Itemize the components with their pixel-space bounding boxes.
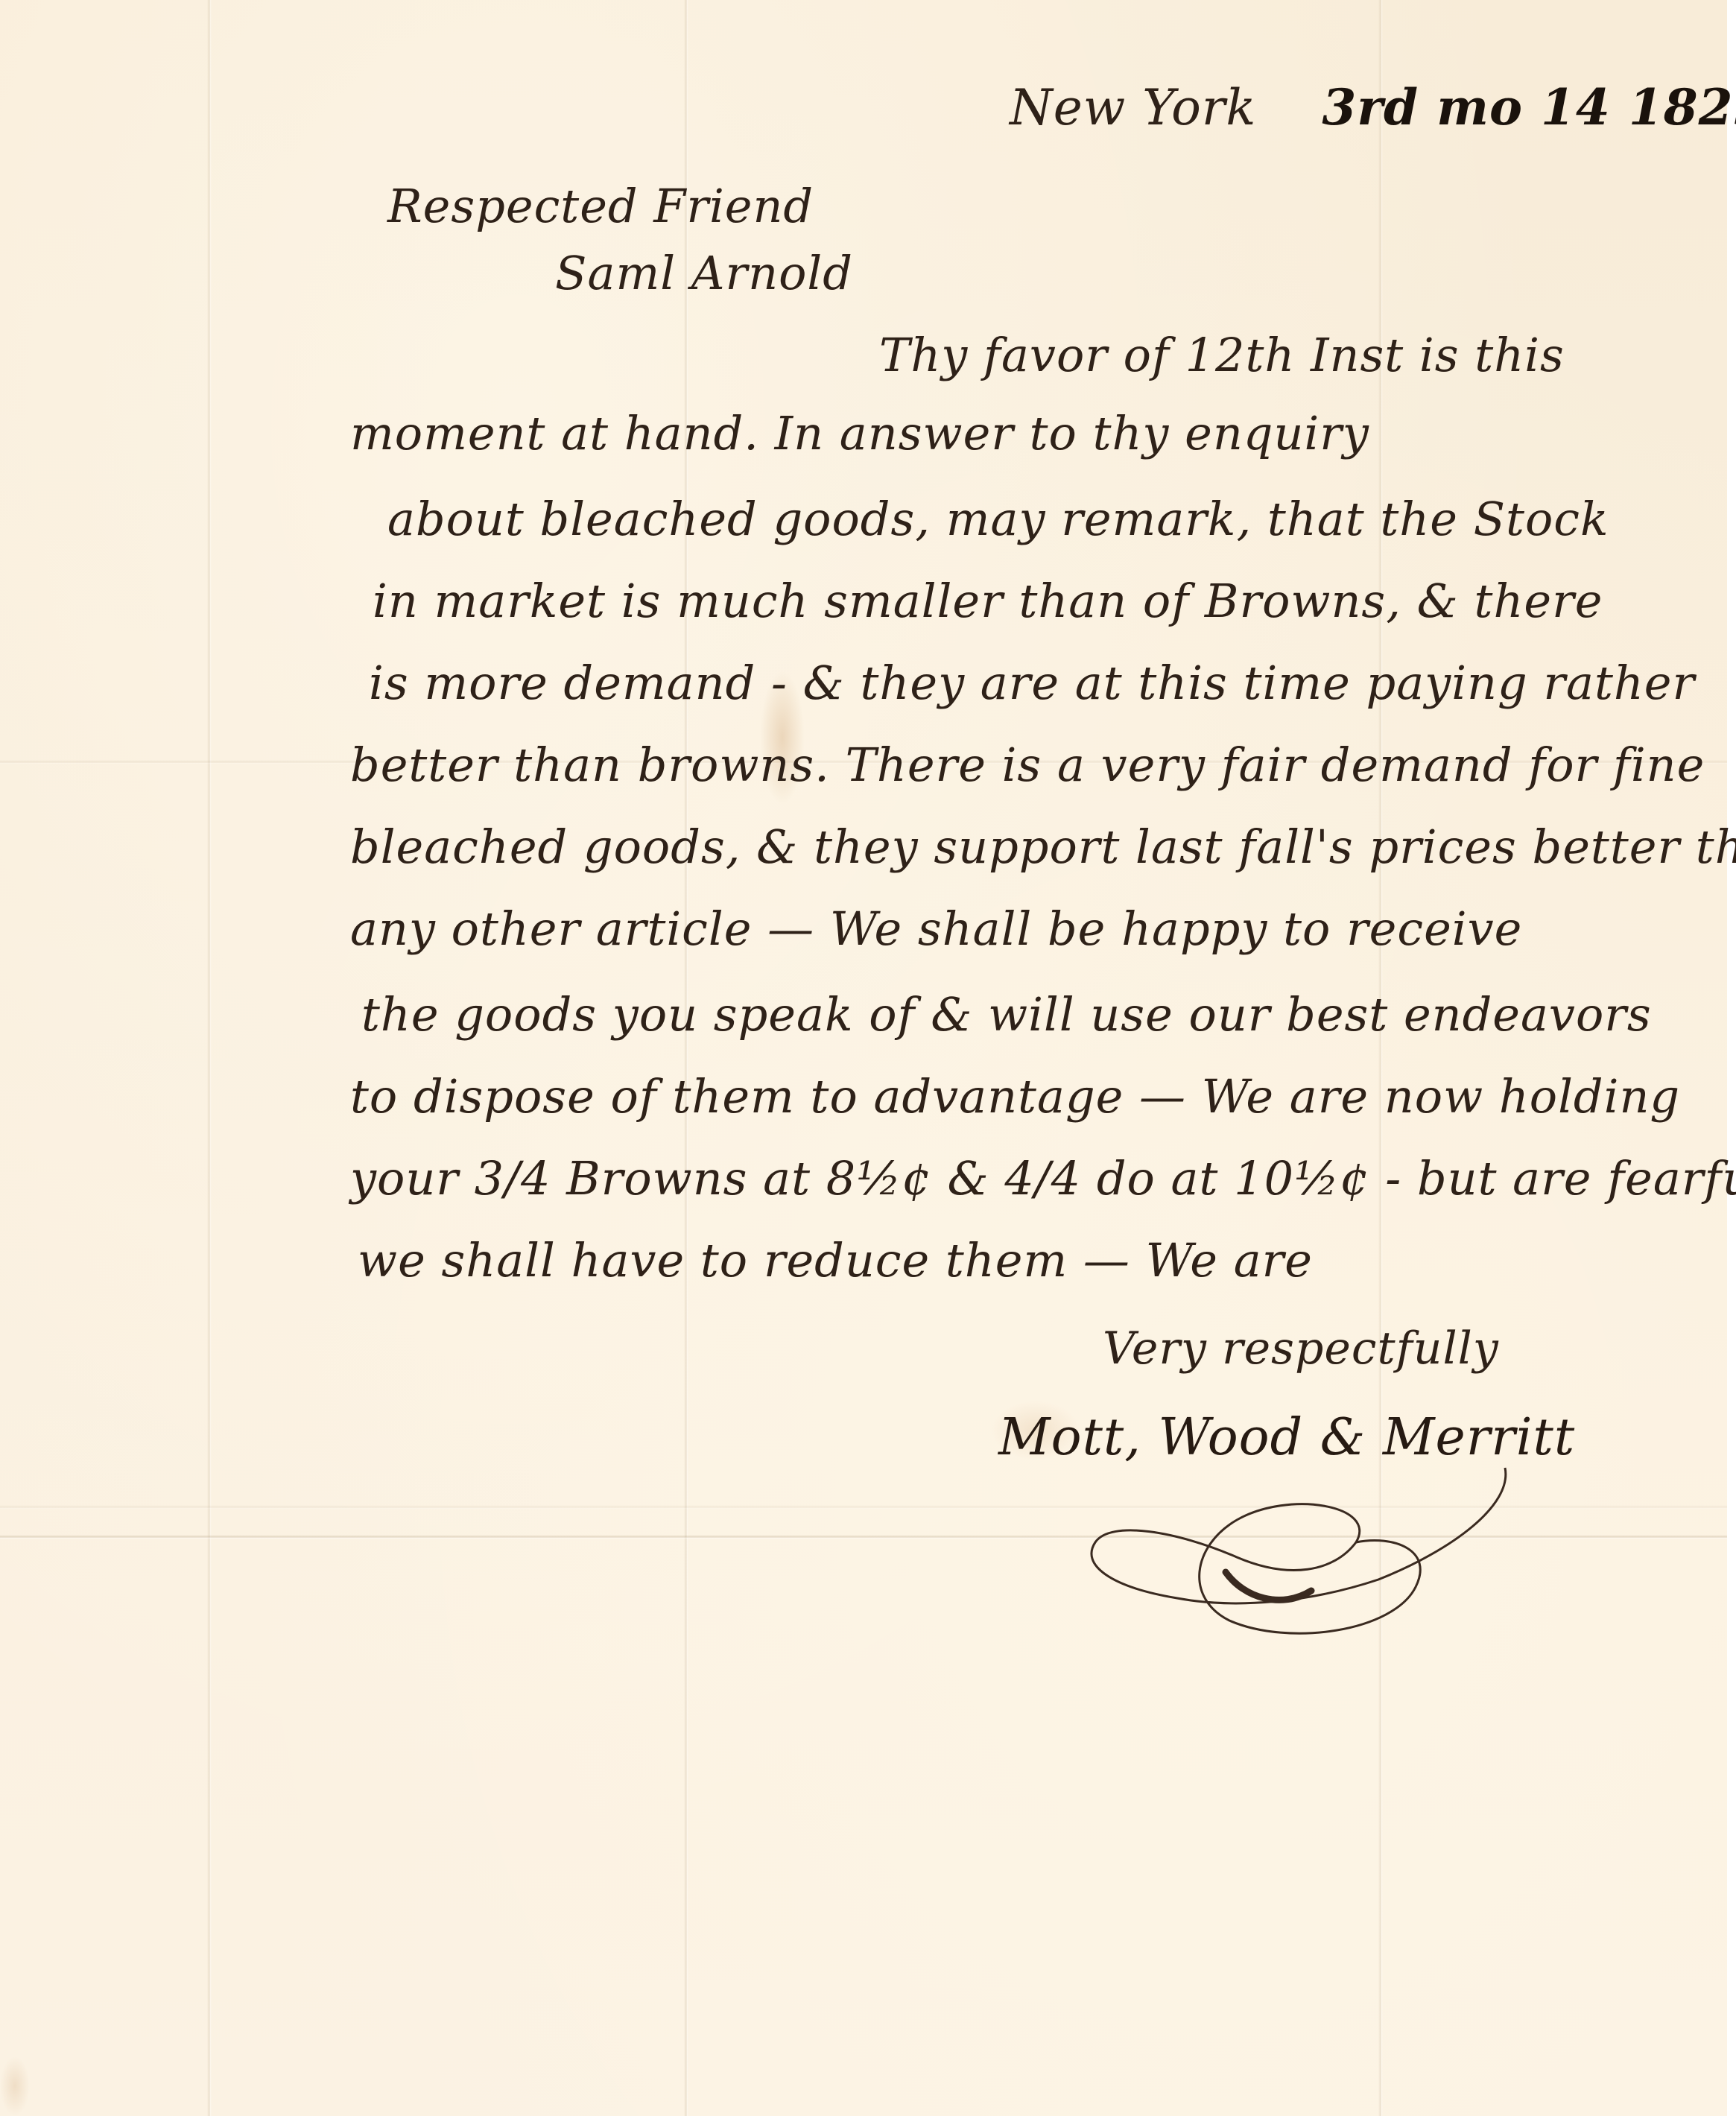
body-line: about bleached goods, may remark, that t…	[387, 492, 1609, 546]
body-line: in market is much smaller than of Browns…	[373, 574, 1603, 628]
addressee: Saml Arnold	[555, 246, 853, 300]
scan-border	[1727, 0, 1736, 2116]
letter-date-value: 3rd mo 14 1829	[1322, 78, 1736, 136]
body-line: any other article — We shall be happy to…	[350, 902, 1522, 956]
closing: Very respectfully	[1103, 1322, 1499, 1375]
body-line: is more demand - & they are at this time…	[369, 656, 1695, 710]
signature-flourish-icon	[1065, 1460, 1527, 1654]
letter-date: New York 3rd mo 14 1829	[1010, 78, 1736, 136]
body-line: better than browns. There is a very fair…	[350, 738, 1705, 792]
body-line: the goods you speak of & will use our be…	[361, 987, 1652, 1042]
body-line: bleached goods, & they support last fall…	[350, 820, 1736, 874]
signature: Mott, Wood & Merritt	[998, 1408, 1575, 1467]
salutation: Respected Friend	[387, 179, 814, 233]
paper-stain	[0, 2056, 30, 2116]
body-line: your 3/4 Browns at 8½¢ & 4/4 do at 10½¢ …	[350, 1151, 1736, 1206]
fold-crease-vertical	[1378, 0, 1383, 2116]
fold-crease-vertical	[684, 0, 688, 2116]
letter-paper	[0, 0, 1727, 2116]
body-line: we shall have to reduce them — We are	[358, 1233, 1313, 1287]
letter-place: New York	[1010, 79, 1256, 136]
body-line: moment at hand. In answer to thy enquiry	[350, 406, 1369, 460]
body-line: to dispose of them to advantage — We are…	[350, 1069, 1680, 1124]
body-line: Thy favor of 12th Inst is this	[879, 328, 1565, 382]
fold-crease-vertical	[207, 0, 212, 2116]
